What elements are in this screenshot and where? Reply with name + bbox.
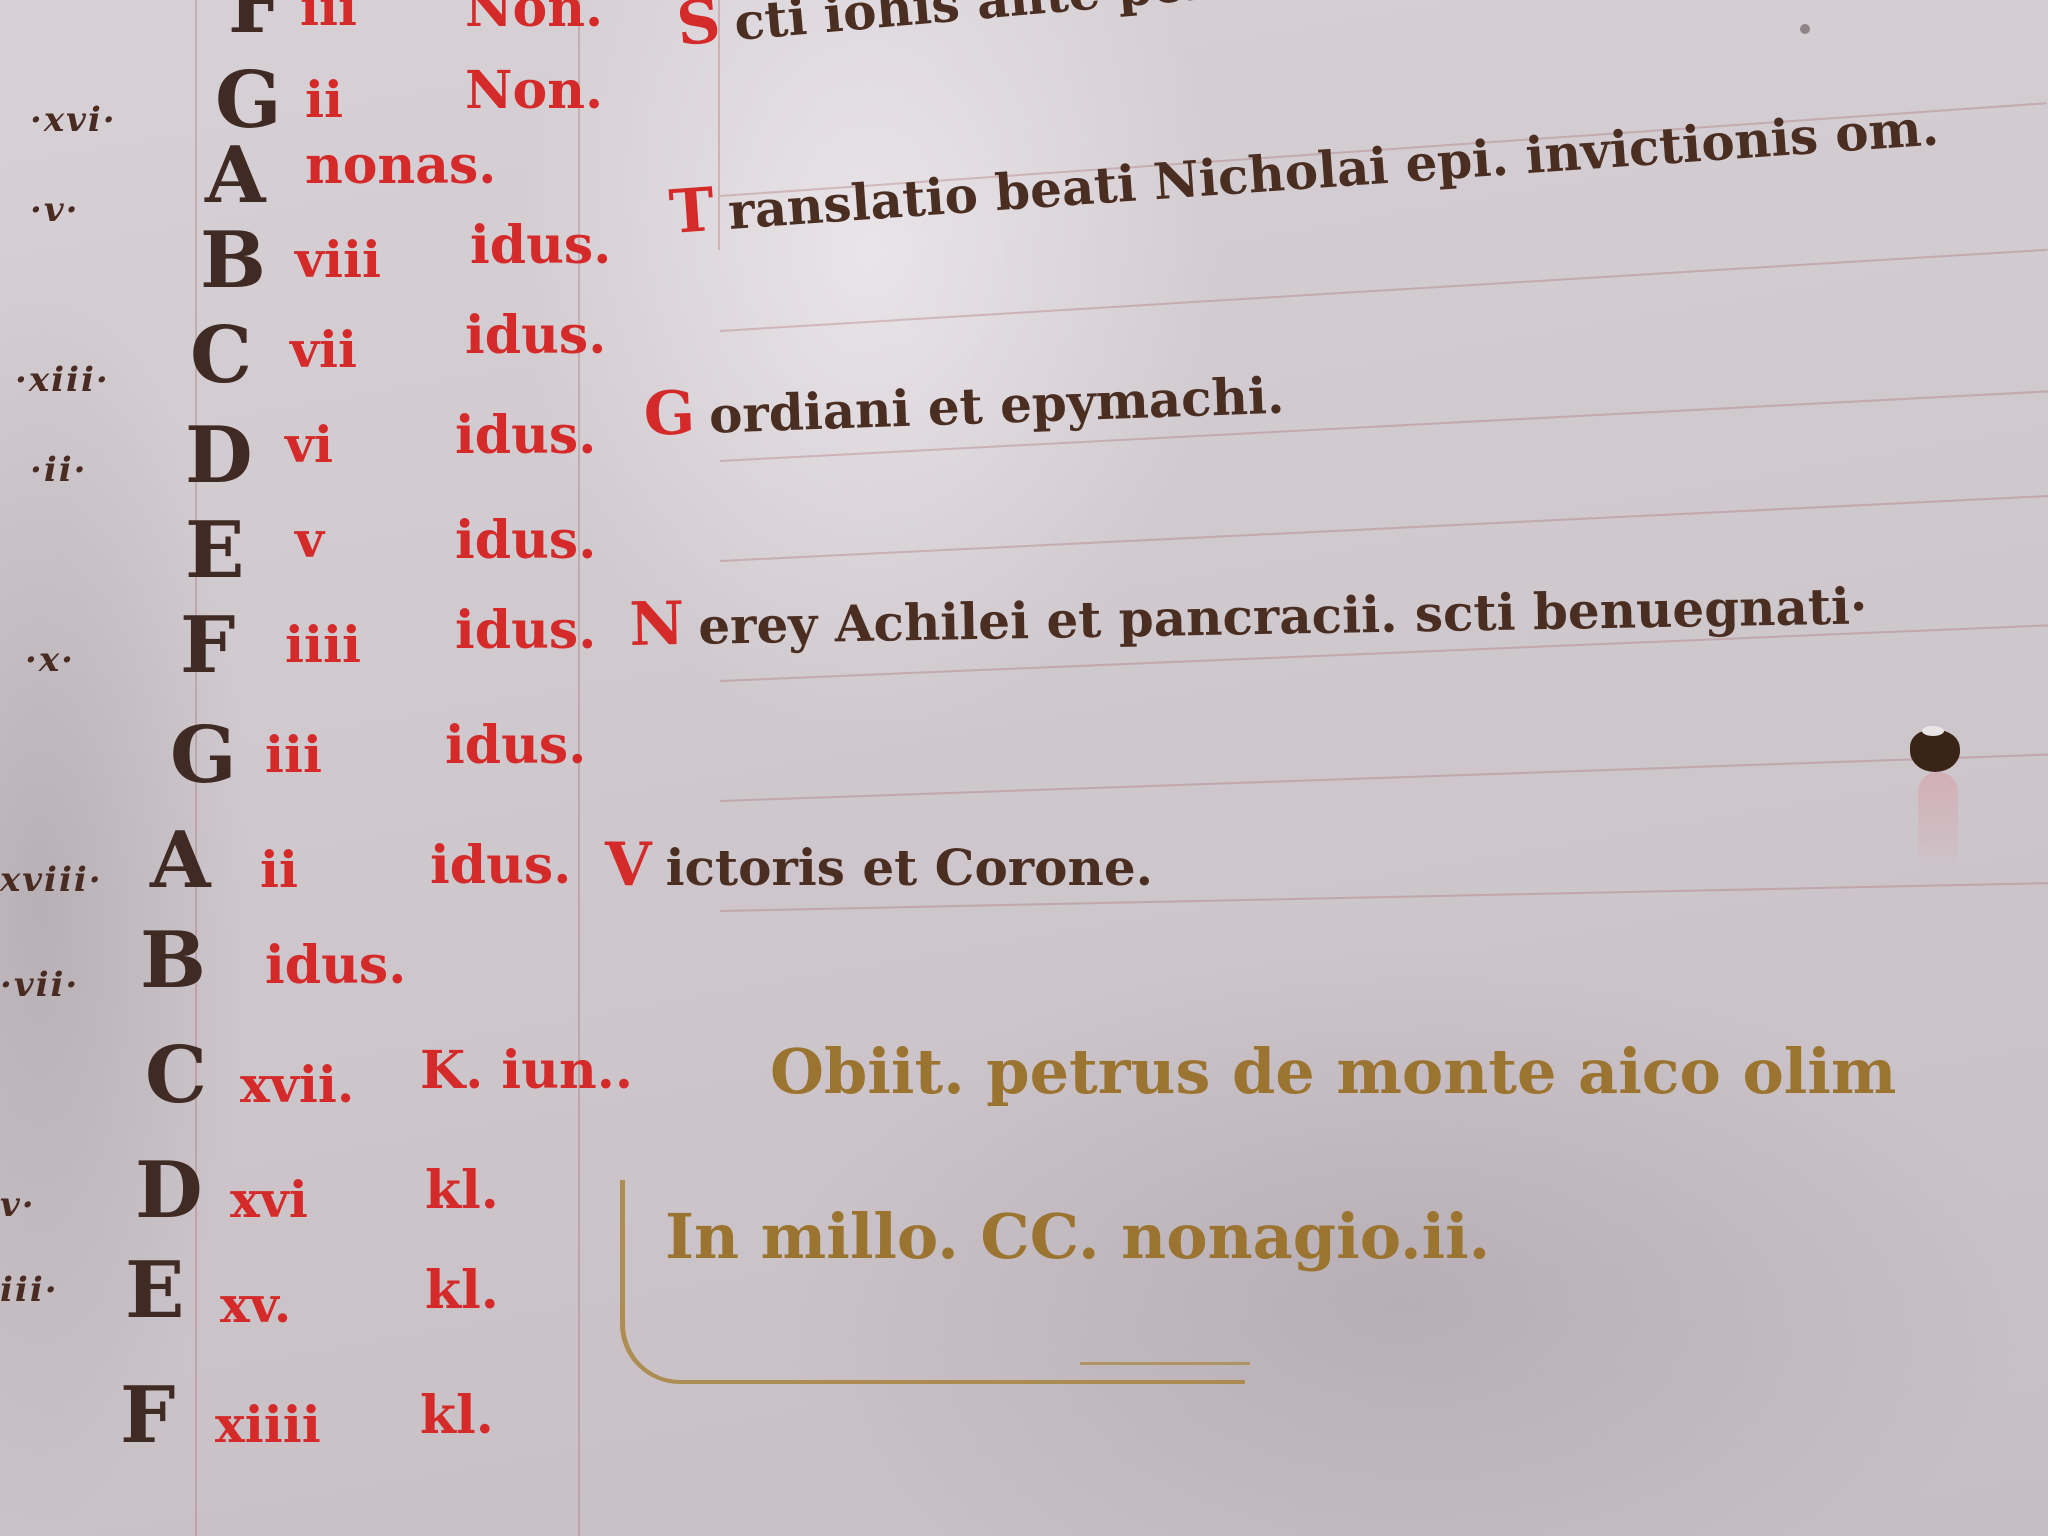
red-stain — [1918, 772, 1958, 872]
dominical-letter: B — [200, 215, 266, 306]
ruling-line — [720, 249, 2048, 332]
calendar-term: Non. — [465, 0, 603, 39]
dominical-letter: F — [180, 600, 235, 691]
feast-text: ordiani et epymachi. — [708, 366, 1285, 445]
ink-speck — [1800, 24, 1810, 34]
roman-day-count: viii — [295, 230, 381, 289]
calendar-term: idus. — [430, 835, 571, 896]
roman-day-count: vi — [285, 415, 333, 474]
dominical-letter: F — [228, 0, 283, 51]
feast-text: cti iohis ante port latin — [732, 0, 1384, 52]
rubricated-initial: N — [629, 589, 685, 660]
roman-day-count: ii — [305, 70, 343, 129]
feast-entry: Nerey Achilei et pancracii. scti benuegn… — [629, 568, 1868, 660]
feast-entry: Scti iohis ante port latin — [674, 0, 1384, 60]
calendar-term: idus. — [455, 600, 596, 661]
roman-day-count: v — [295, 510, 324, 569]
roman-day-count: iiii — [285, 615, 361, 674]
dominical-letter: C — [190, 310, 252, 401]
annotation-bracket — [620, 1180, 1245, 1384]
dominical-letter: A — [205, 130, 266, 221]
golden-number: ·x· — [25, 640, 75, 680]
calendar-term: kl. — [420, 1385, 494, 1446]
golden-number: v· — [0, 1185, 36, 1225]
ruling-line — [720, 495, 2048, 562]
dominical-letter: E — [125, 1245, 184, 1336]
calendar-term: idus. — [445, 715, 586, 776]
feast-text: erey Achilei et pancracii. scti benuegna… — [698, 576, 1868, 655]
roman-day-count: xvii. — [240, 1055, 354, 1114]
rubricated-initial: V — [605, 830, 652, 900]
rubricated-initial: T — [667, 175, 716, 248]
roman-day-count: iii — [265, 725, 322, 784]
parchment-hole — [1910, 730, 1960, 772]
roman-day-count: vii — [290, 320, 357, 379]
calendar-term: Non. — [465, 60, 603, 121]
dominical-letter: D — [135, 1145, 203, 1236]
rubricated-initial: S — [674, 0, 723, 60]
calendar-term: kl. — [425, 1160, 499, 1221]
calendar-term: idus. — [470, 215, 611, 276]
dominical-letter: A — [150, 815, 211, 906]
golden-number: iii· — [0, 1270, 59, 1310]
roman-day-count: xiiii — [215, 1395, 321, 1454]
dominical-letter: D — [185, 410, 253, 501]
calendar-term: nonas. — [305, 135, 496, 196]
feast-entry: Translatio beati Nicholai epi. inviction… — [667, 89, 1941, 248]
dominical-letter: F — [120, 1370, 175, 1461]
dominical-letter: C — [145, 1030, 207, 1121]
feast-text: ictoris et Corone. — [666, 838, 1154, 897]
calendar-term: idus. — [455, 510, 596, 571]
roman-day-count: ii — [260, 840, 298, 899]
dominical-letter: E — [185, 505, 244, 596]
feast-entry: Victoris et Corone. — [605, 830, 1153, 900]
ruling-line — [720, 754, 2048, 802]
feast-text: ranslatio beati Nicholai epi. invictioni… — [726, 97, 1940, 240]
roman-day-count: iii — [300, 0, 357, 37]
dominical-letter: B — [140, 915, 206, 1006]
golden-number: ·vii· — [0, 965, 79, 1005]
golden-number: ·xvi· — [30, 100, 117, 140]
golden-number: ·ii· — [30, 450, 88, 490]
dominical-letter: G — [170, 710, 237, 801]
golden-number: ·xiii· — [15, 360, 110, 400]
rubricated-initial: G — [643, 378, 697, 450]
calendar-term: idus. — [465, 305, 606, 366]
calendar-term: idus. — [265, 935, 406, 996]
calendar-term: kl. — [425, 1260, 499, 1321]
calendar-term: K. iun.. — [420, 1040, 633, 1101]
obit-annotation-line-1: Obiit. petrus de monte aico olim — [770, 1035, 1897, 1108]
calendar-term: idus. — [455, 405, 596, 466]
roman-day-count: xvi — [230, 1170, 308, 1229]
roman-day-count: xv. — [220, 1275, 291, 1334]
golden-number: ·v· — [30, 190, 79, 230]
annotation-bracket-tail — [1080, 1362, 1250, 1365]
golden-number: xviii· — [0, 860, 103, 900]
parchment-page: F iii Non. Scti iohis ante port latin ·x… — [0, 0, 2048, 1536]
